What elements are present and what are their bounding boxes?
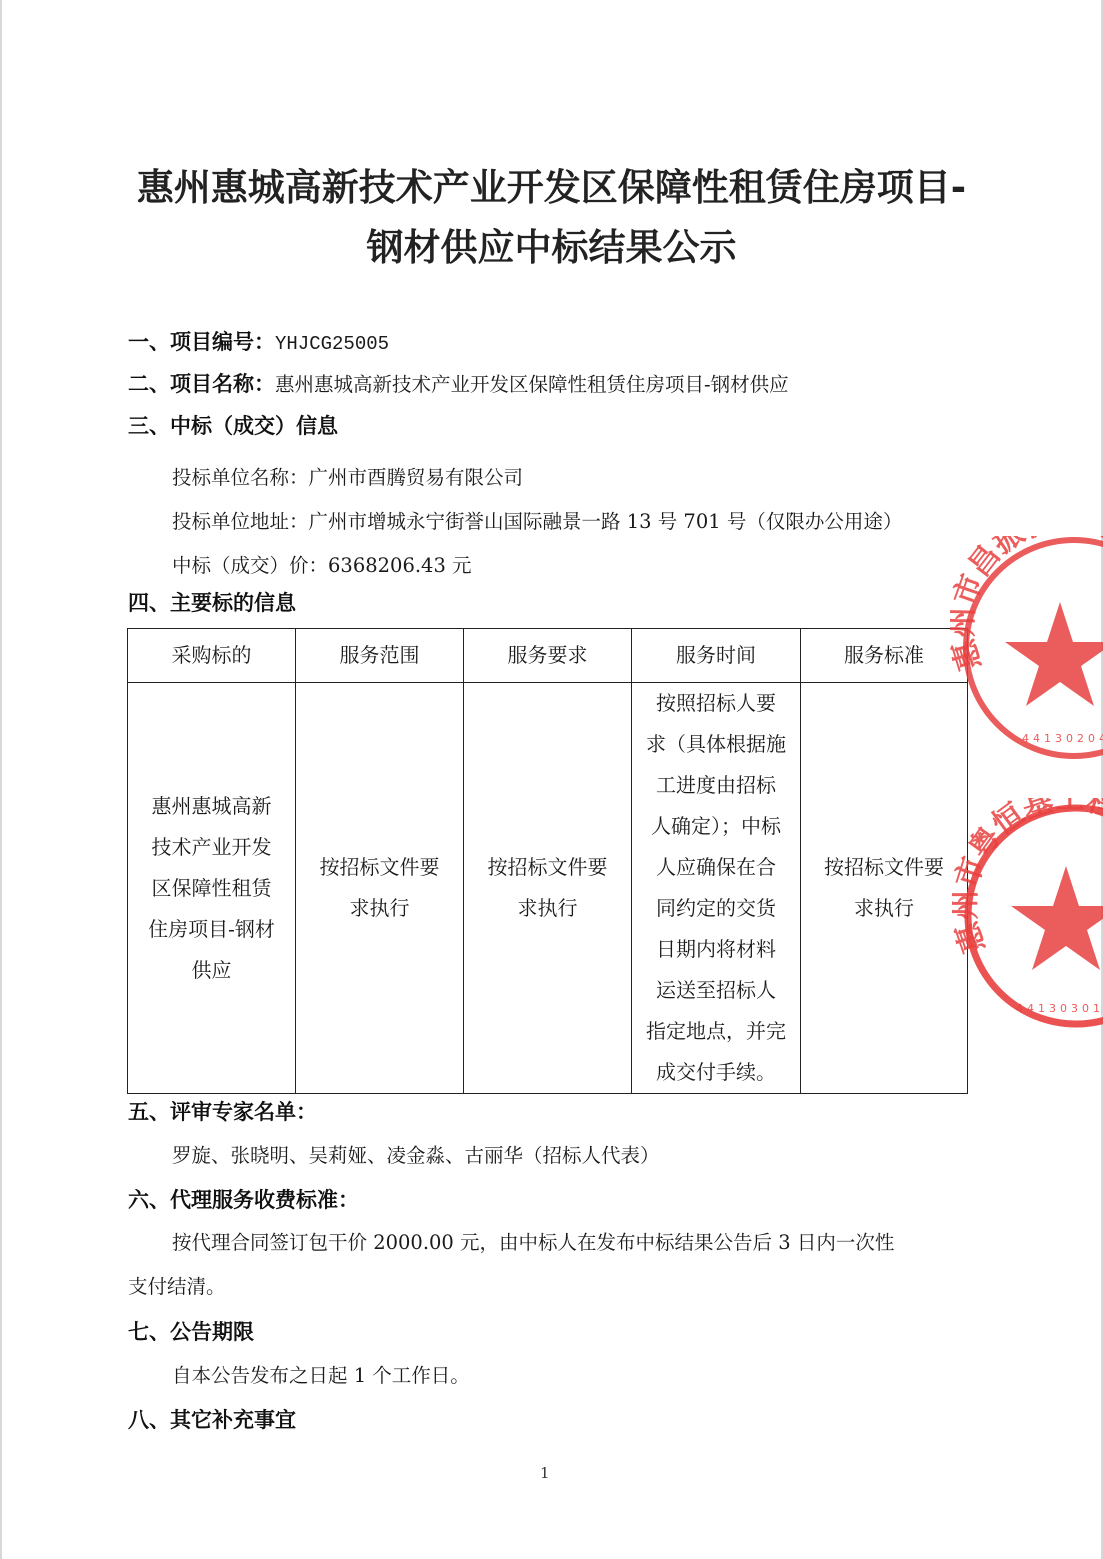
cell-line: 供应 <box>138 950 285 991</box>
company-seal-stamp-2: 惠州市粤恒基工程 4413030188 <box>952 798 1103 1028</box>
cell-subject: 惠州惠城高新 技术产业开发 区保障性租赁 住房项目-钢材 供应 <box>128 683 296 1094</box>
cell-line: 成交付手续。 <box>640 1052 792 1093</box>
stamp-text: 惠州市粤恒基工程 <box>952 798 1103 957</box>
stamp-code: 441302046 <box>1022 732 1103 745</box>
table-header-row: 采购标的 服务范围 服务要求 服务时间 服务标准 <box>128 629 968 683</box>
section-heading-winning-bid: 三、中标（成交）信息 <box>128 410 338 440</box>
subject-info-table: 采购标的 服务范围 服务要求 服务时间 服务标准 惠州惠城高新 技术产业开发 区… <box>127 628 968 1094</box>
header-standard: 服务标准 <box>801 629 968 683</box>
cell-line: 按招标文件要 <box>807 847 961 888</box>
cell-line: 技术产业开发 <box>138 827 285 868</box>
winning-price: 中标（成交）价：6368206.43 元 <box>172 550 472 578</box>
cell-line: 求执行 <box>470 888 625 929</box>
header-scope: 服务范围 <box>296 629 464 683</box>
document-title-line1: 惠州惠城高新技术产业开发区保障性租赁住房项目- <box>0 157 1103 211</box>
notice-period-content: 自本公告发布之日起 1 个工作日。 <box>172 1360 470 1388</box>
cell-line: 按招标文件要 <box>470 847 625 888</box>
stamp-text: 惠州市昌振供应链管 <box>950 536 1103 674</box>
bidder-address: 投标单位地址：广州市增城永宁街誉山国际融景一路 13 号 701 号（仅限办公用… <box>172 506 902 534</box>
page-number: 1 <box>540 1464 550 1482</box>
section-heading-subject-info: 四、主要标的信息 <box>128 587 296 617</box>
star-icon <box>1005 602 1103 706</box>
company-seal-stamp-1: 惠州市昌振供应链管 441302046 <box>950 536 1103 766</box>
header-time: 服务时间 <box>632 629 801 683</box>
cell-line: 求执行 <box>807 888 961 929</box>
section-heading: 二、项目名称： <box>128 372 275 396</box>
svg-text:惠州市粤恒基工程: 惠州市粤恒基工程 <box>952 798 1103 957</box>
section-heading-other-matters: 八、其它补充事宜 <box>128 1404 296 1434</box>
section-heading: 一、项目编号： <box>128 330 275 354</box>
cell-line: 按招标文件要 <box>302 847 457 888</box>
cell-line: 日期内将材料 <box>640 929 792 970</box>
cell-time: 按照招标人要 求（具体根据施 工进度由招标 人确定）；中标 人应确保在合 同约定… <box>632 683 801 1094</box>
cell-line: 区保障性租赁 <box>138 868 285 909</box>
stamp-code: 4413030188 <box>1016 1002 1103 1015</box>
cell-line: 按照招标人要 <box>640 683 792 724</box>
svg-text:惠州市昌振供应链管: 惠州市昌振供应链管 <box>950 536 1103 674</box>
section-heading-experts: 五、评审专家名单： <box>128 1096 317 1126</box>
section-project-name: 二、项目名称：惠州惠城高新技术产业开发区保障性租赁住房项目-钢材供应 <box>128 368 789 398</box>
cell-line: 求执行 <box>302 888 457 929</box>
star-icon <box>1011 866 1103 970</box>
header-requirement: 服务要求 <box>464 629 632 683</box>
agency-fee-line1: 按代理合同签订包干价 2000.00 元，由中标人在发布中标结果公告后 3 日内… <box>172 1227 894 1255</box>
bidder-name: 投标单位名称：广州市酉腾贸易有限公司 <box>172 462 523 490</box>
cell-line: 运送至招标人 <box>640 970 792 1011</box>
cell-line: 同约定的交货 <box>640 888 792 929</box>
cell-line: 工进度由招标 <box>640 765 792 806</box>
section-heading-agency-fee: 六、代理服务收费标准： <box>128 1184 359 1214</box>
cell-line: 人确定）；中标 <box>640 806 792 847</box>
cell-line: 惠州惠城高新 <box>138 786 285 827</box>
document-title-line2: 钢材供应中标结果公示 <box>0 217 1103 271</box>
header-subject: 采购标的 <box>128 629 296 683</box>
section-heading-notice-period: 七、公告期限 <box>128 1316 254 1346</box>
cell-line: 人应确保在合 <box>640 847 792 888</box>
cell-line: 求（具体根据施 <box>640 724 792 765</box>
project-name-value: 惠州惠城高新技术产业开发区保障性租赁住房项目-钢材供应 <box>275 373 789 396</box>
cell-line: 住房项目-钢材 <box>138 909 285 950</box>
project-number-value: YHJCG25005 <box>275 333 389 355</box>
table-row: 惠州惠城高新 技术产业开发 区保障性租赁 住房项目-钢材 供应 按招标文件要 求… <box>128 683 968 1094</box>
cell-requirement: 按招标文件要 求执行 <box>464 683 632 1094</box>
cell-line: 指定地点，并完 <box>640 1011 792 1052</box>
agency-fee-line2: 支付结清。 <box>128 1271 226 1299</box>
cell-scope: 按招标文件要 求执行 <box>296 683 464 1094</box>
section-project-number: 一、项目编号：YHJCG25005 <box>128 326 389 356</box>
experts-list: 罗旋、张晓明、吴莉娅、凌金淼、古丽华（招标人代表） <box>172 1140 660 1168</box>
document-page: 惠州惠城高新技术产业开发区保障性租赁住房项目- 钢材供应中标结果公示 一、项目编… <box>0 0 1103 1559</box>
cell-standard: 按招标文件要 求执行 <box>801 683 968 1094</box>
